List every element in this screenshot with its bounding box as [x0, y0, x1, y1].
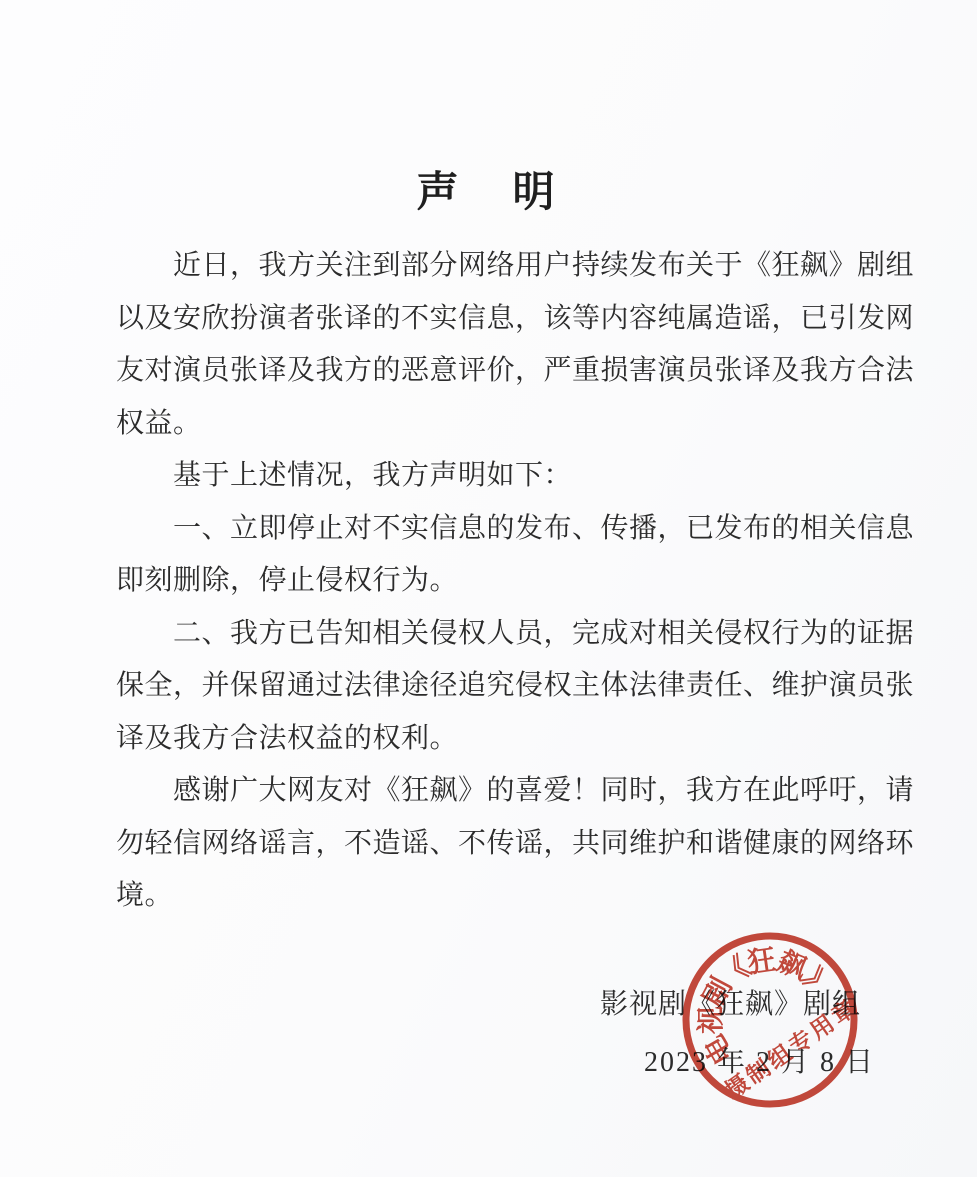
statement-line: 勿轻信网络谣言，不造谣、不传谣，共同维护和谐健康的网络环 — [116, 818, 906, 871]
seal-ring-char: 狂 — [746, 944, 778, 980]
document-title: 声 明 — [0, 159, 977, 219]
statement-line: 保全，并保留通过法律途径追究侵权主体法律责任、维护演员张 — [116, 660, 906, 713]
statement-document-page: 声 明 近日，我方关注到部分网络用户持续发布关于《狂飙》剧组 以及安欣扮演者张译… — [0, 0, 977, 1177]
signature-date: 2023 年 2 月 8 日 — [644, 1040, 875, 1080]
statement-line: 近日，我方关注到部分网络用户持续发布关于《狂飙》剧组 — [116, 240, 906, 293]
statement-line: 二、我方已告知相关侵权人员，完成对相关侵权行为的证据 — [116, 608, 906, 661]
statement-line: 译及我方合法权益的权利。 — [116, 713, 906, 766]
statement-line: 友对演员张译及我方的恶意评价，严重损害演员张译及我方合法 — [116, 345, 906, 398]
statement-line: 权益。 — [116, 398, 906, 451]
statement-line: 一、立即停止对不实信息的发布、传播，已发布的相关信息 — [116, 503, 906, 556]
statement-line: 境。 — [116, 870, 906, 923]
statement-body: 近日，我方关注到部分网络用户持续发布关于《狂飙》剧组 以及安欣扮演者张译的不实信… — [116, 240, 906, 923]
seal-ring-char: 飙 — [773, 945, 811, 985]
statement-line: 以及安欣扮演者张译的不实信息，该等内容纯属造谣，已引发网 — [116, 293, 906, 346]
statement-line: 即刻删除，停止侵权行为。 — [116, 555, 906, 608]
signature-crew-name: 影视剧《狂飙》剧组 — [600, 982, 861, 1022]
statement-line: 感谢广大网友对《狂飙》的喜爱！同时，我方在此呼吁，请 — [116, 765, 906, 818]
statement-line: 基于上述情况，我方声明如下： — [116, 450, 906, 503]
